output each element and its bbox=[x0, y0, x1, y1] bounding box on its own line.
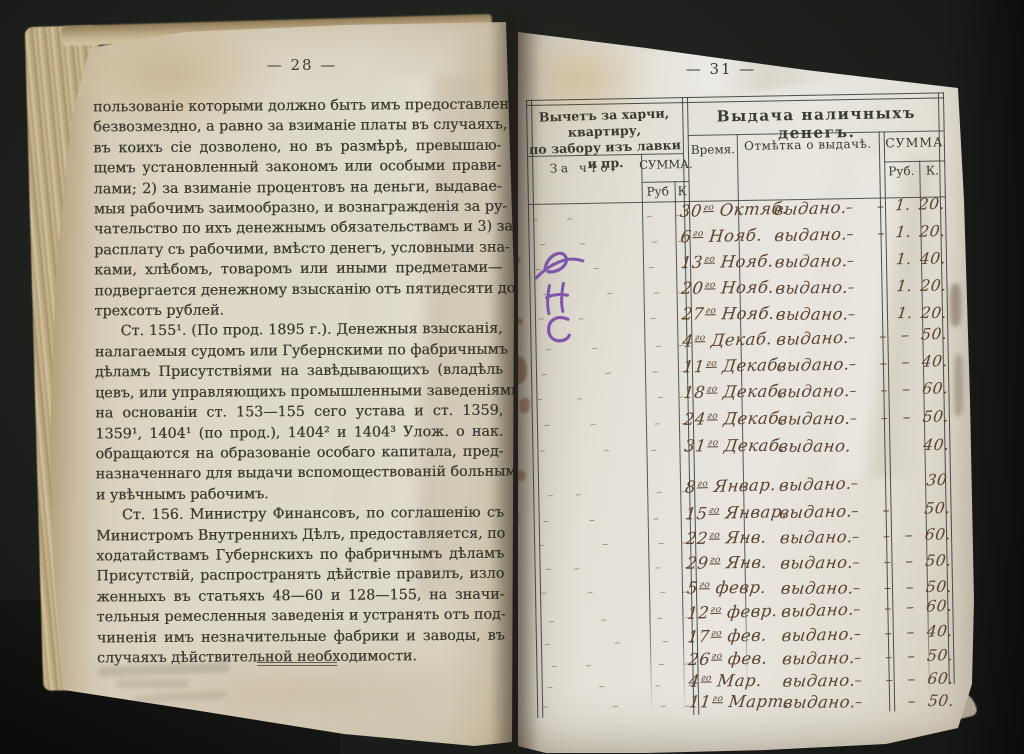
ditto-dash: – bbox=[542, 699, 549, 713]
entry-kopecks: 40. bbox=[922, 622, 958, 641]
statute-text-line: цевъ, или управляющихъ промышленными зав… bbox=[95, 380, 503, 403]
entry-date: 8го Январ. bbox=[684, 475, 777, 497]
ledger-rows: ––––30го Октяб.выдано.––1.20.––––6го Ноя… bbox=[526, 92, 955, 722]
statute-text-line: подвергается денежному взысканію отъ пят… bbox=[94, 278, 502, 301]
ditto-dash: – bbox=[606, 285, 613, 299]
entry-date: 20го Нояб. bbox=[680, 278, 775, 298]
page-number-left: — 28 — bbox=[242, 56, 362, 74]
ledger-row: ––––11го Март.выдано.––50. bbox=[537, 691, 955, 720]
ditto-dash: – bbox=[600, 612, 607, 627]
entry-note: выдано. bbox=[781, 648, 856, 668]
entry-kopecks: 20. bbox=[915, 222, 951, 241]
entry-note: выдано. bbox=[782, 692, 857, 711]
statute-text-line: ками, хлѣбомъ, товаромъ или иными предме… bbox=[94, 258, 502, 281]
ditto-dash: – bbox=[658, 656, 665, 670]
ditto-dash: – bbox=[853, 601, 862, 617]
statute-text-line: щемъ установленный закономъ или особыми … bbox=[93, 156, 501, 179]
ditto-dash: – bbox=[656, 484, 663, 499]
section-end-rule bbox=[257, 662, 337, 668]
ditto-dash: – bbox=[598, 679, 605, 693]
ditto-dash: – bbox=[845, 200, 854, 216]
entry-kopecks: 50. bbox=[923, 692, 959, 710]
ditto-dash: – bbox=[573, 561, 580, 575]
entry-date: 6го Нояб. bbox=[680, 226, 764, 247]
ditto-dash: – bbox=[849, 411, 858, 427]
entry-note: выдано. bbox=[779, 501, 854, 522]
ditto-dash: – bbox=[612, 699, 619, 713]
ledger-table: Вычетъ за харчи, квартиру, по забору изъ… bbox=[526, 92, 955, 722]
ditto-dash: – bbox=[660, 584, 667, 598]
entry-kopecks: 20. bbox=[914, 195, 950, 214]
ditto-dash: – bbox=[541, 585, 548, 599]
statute-text-line: дѣламъ Присутствіями на завѣдывающихъ (в… bbox=[95, 360, 503, 383]
ditto-dash: – bbox=[545, 561, 552, 575]
statute-text-line: чиненія имъ незначительные фабрики и зав… bbox=[97, 625, 505, 648]
entry-kopecks: 50. bbox=[916, 325, 952, 344]
entry-date: 15го Январ. bbox=[685, 502, 789, 524]
entry-note: выдано. bbox=[780, 578, 855, 597]
statute-text-line: на основаніи ст. 153—155 сего устава и с… bbox=[95, 401, 503, 424]
ink-annotation bbox=[535, 247, 587, 344]
ditto-dash: – bbox=[576, 391, 583, 405]
entry-note: выдано. bbox=[776, 328, 851, 349]
entry-note: выдано. bbox=[779, 553, 854, 573]
statute-text-line: 1359¹, 1404¹ (по прод.), 1404² и 1404³ У… bbox=[95, 421, 503, 444]
entry-date: 24го Декаб. bbox=[683, 409, 786, 429]
entry-note: выдано. bbox=[773, 198, 848, 219]
ditto-dash: – bbox=[661, 634, 668, 649]
ditto-dash: – bbox=[876, 199, 885, 215]
ledger-row: ––––20го Нояб.выдано.–1.20. bbox=[529, 276, 947, 307]
ditto-dash: – bbox=[542, 514, 549, 529]
ditto-dash: – bbox=[647, 259, 654, 273]
ditto-dash: – bbox=[587, 585, 594, 599]
entry-date: 18го Декаб. bbox=[682, 381, 785, 402]
entry-date: 4го Декаб. bbox=[682, 329, 774, 351]
entry-note: выдано. bbox=[774, 251, 849, 271]
entry-note: выдано. bbox=[782, 671, 857, 691]
ditto-dash: – bbox=[651, 234, 658, 249]
entry-note: выдано. bbox=[774, 224, 849, 245]
ditto-dash: – bbox=[654, 560, 661, 574]
entry-date: 13го Нояб. bbox=[680, 251, 775, 272]
ditto-dash: – bbox=[850, 476, 859, 492]
entry-date: 29го Янв. bbox=[685, 553, 768, 573]
entry-kopecks: 50. bbox=[921, 551, 957, 569]
ditto-dash: – bbox=[851, 503, 860, 519]
statute-text-line: и увѣчнымъ рабочимъ. bbox=[96, 482, 504, 505]
ditto-dash: – bbox=[852, 580, 861, 596]
ditto-dash: – bbox=[883, 554, 892, 570]
ditto-dash: – bbox=[883, 580, 892, 596]
statute-text-line: расплату съ рабочими, вмѣсто денегъ, усл… bbox=[94, 237, 502, 260]
entry-kopecks: 40. bbox=[917, 352, 953, 371]
ditto-dash: – bbox=[879, 355, 888, 371]
ditto-dash: – bbox=[884, 625, 893, 641]
ditto-dash: – bbox=[847, 280, 856, 296]
statute-text-line: пользованіе которыми должно быть имъ пре… bbox=[93, 95, 501, 118]
entry-kopecks: 60. bbox=[923, 669, 959, 687]
ditto-dash: – bbox=[551, 658, 558, 672]
entry-kopecks: 60. bbox=[921, 597, 957, 616]
page-number-right: — 31 — bbox=[666, 60, 776, 78]
entry-kopecks: 50. bbox=[921, 578, 957, 596]
entry-note: выдано. bbox=[781, 600, 856, 621]
entry-kopecks: 20. bbox=[916, 304, 952, 322]
ditto-dash: – bbox=[651, 364, 658, 379]
ditto-dash: – bbox=[851, 529, 860, 545]
ditto-dash: – bbox=[656, 610, 663, 625]
statute-text-line: мыя рабочимъ заимообразно, и вознагражде… bbox=[94, 197, 502, 220]
entry-note: выдано. bbox=[776, 381, 851, 401]
entry-date: 17го фев. bbox=[687, 626, 768, 647]
entry-note: выдано. bbox=[778, 474, 853, 495]
ditto-dash: – bbox=[645, 209, 652, 224]
book-gutter-shadow bbox=[490, 12, 540, 752]
ditto-dash: – bbox=[853, 650, 862, 666]
ditto-dash: – bbox=[882, 528, 891, 544]
ditto-dash: – bbox=[592, 261, 599, 275]
statute-text-line: Присутствій, распространять дѣйствіе пра… bbox=[96, 564, 504, 587]
ditto-dash: – bbox=[658, 535, 665, 549]
ditto-dash: – bbox=[846, 226, 855, 242]
ditto-dash: – bbox=[884, 601, 893, 617]
ditto-dash: – bbox=[846, 253, 855, 269]
entry-kopecks: 60. bbox=[920, 525, 956, 544]
ditto-dash: – bbox=[653, 416, 660, 430]
ditto-dash: – bbox=[877, 226, 886, 242]
book-page-right: — 31 — Вычетъ за харчи, квартиру, по заб… bbox=[506, 18, 978, 754]
ditto-dash: – bbox=[847, 306, 856, 322]
entry-kopecks: 50. bbox=[922, 646, 958, 665]
ditto-dash: – bbox=[880, 410, 889, 426]
ditto-dash: – bbox=[602, 536, 609, 550]
ditto-dash: – bbox=[854, 694, 863, 710]
entry-kopecks: 60. bbox=[917, 379, 953, 398]
entry-note: выдано. bbox=[777, 436, 852, 455]
ditto-dash: – bbox=[585, 658, 592, 672]
ditto-dash: – bbox=[884, 649, 893, 665]
ditto-dash: – bbox=[649, 310, 656, 324]
statute-text-line: Ст. 156. Министру Финансовъ, по соглашен… bbox=[96, 503, 504, 526]
entry-date: 22го Янв. bbox=[685, 528, 768, 549]
entry-kopecks: 40. bbox=[915, 249, 951, 268]
ditto-dash: – bbox=[575, 487, 582, 502]
ink-smudge bbox=[116, 679, 188, 688]
ditto-dash: – bbox=[546, 679, 553, 693]
ditto-dash: – bbox=[543, 637, 550, 652]
ditto-dash: – bbox=[591, 340, 598, 355]
entry-note: выдано. bbox=[774, 278, 849, 298]
ditto-dash: – bbox=[588, 513, 595, 528]
entry-kopecks: 30 bbox=[919, 471, 955, 490]
statute-text-line: лами; 2) за взиманіе процентовъ на деньг… bbox=[94, 176, 502, 199]
entry-note: выдано. bbox=[781, 624, 856, 645]
book-page-left: — 28 — пользованіе которыми должно быть … bbox=[40, 16, 522, 754]
ditto-dash: – bbox=[613, 635, 620, 650]
ditto-dash: – bbox=[650, 442, 657, 456]
statute-text-line: обращаются на образованіе особаго капита… bbox=[95, 441, 503, 464]
statute-text-line: Министромъ Внутреннихъ Дѣлъ, предоставля… bbox=[96, 523, 504, 546]
entry-date: 5го февр. bbox=[686, 578, 768, 597]
entry-note: выдано. bbox=[775, 304, 850, 323]
ditto-dash: – bbox=[852, 555, 861, 571]
entry-note: выдано. bbox=[776, 354, 851, 375]
ledger-row: ––––31го Декаб.выдано.40. bbox=[532, 435, 950, 464]
ditto-dash: – bbox=[545, 342, 552, 357]
entry-kopecks: 50. bbox=[920, 499, 956, 518]
ditto-dash: – bbox=[879, 329, 888, 345]
ditto-dash: – bbox=[652, 511, 659, 526]
ditto-dash: – bbox=[854, 673, 863, 689]
entry-date: 4го Мар. bbox=[688, 671, 763, 691]
statute-text-line: ходатайствамъ Губернскихъ по фабричнымъ … bbox=[96, 544, 504, 567]
entry-kopecks: 50. bbox=[918, 408, 954, 426]
ditto-dash: – bbox=[604, 365, 611, 380]
statute-text-line: безвозмездно, а равно за взиманіе платы … bbox=[93, 115, 501, 138]
ditto-dash: – bbox=[603, 443, 610, 457]
statute-text-line: тельныя ремесленныя заведенія и устранят… bbox=[97, 605, 505, 628]
entry-date: 11го Декаб. bbox=[682, 355, 785, 377]
ditto-dash: – bbox=[543, 417, 550, 431]
ditto-dash: – bbox=[540, 367, 547, 382]
ditto-dash: – bbox=[848, 330, 857, 346]
statute-text-line: трехсотъ рублей. bbox=[94, 299, 502, 322]
statute-text-line: чательство по ихъ денежнымъ обязательств… bbox=[94, 217, 502, 240]
ditto-dash: – bbox=[566, 211, 573, 226]
ledger-row: ––––24го Декаб.выдано.–––50. bbox=[532, 407, 950, 438]
ditto-dash: – bbox=[848, 356, 857, 372]
ditto-dash: – bbox=[880, 382, 889, 398]
ditto-dash: – bbox=[849, 383, 858, 399]
ditto-dash: – bbox=[660, 698, 667, 712]
statute-text-line: Ст. 155¹. (По прод. 1895 г.). Денежныя в… bbox=[95, 319, 503, 342]
statute-text-line: налагаемыя судомъ или Губернскими по фаб… bbox=[95, 339, 503, 362]
statute-text-block: пользованіе которыми должно быть имъ пре… bbox=[93, 95, 505, 669]
ditto-dash: – bbox=[653, 285, 660, 299]
entry-date: 12го февр. bbox=[687, 601, 779, 623]
ditto-dash: – bbox=[657, 389, 664, 403]
ditto-dash: – bbox=[885, 672, 894, 688]
entry-kopecks: 40. bbox=[918, 436, 954, 454]
ditto-dash: – bbox=[547, 488, 554, 503]
entry-date: 26го фев. bbox=[687, 649, 768, 669]
statute-text-line: женныхъ въ статьяхъ 48—60 и 128—155, на … bbox=[96, 584, 504, 607]
entry-date: 31го Декаб. bbox=[683, 436, 786, 456]
ditto-dash: – bbox=[654, 678, 661, 692]
ditto-dash: – bbox=[589, 417, 596, 431]
statute-text-line: назначеннаго для выдачи вспомоществовані… bbox=[96, 462, 504, 485]
ditto-dash: – bbox=[853, 626, 862, 642]
statute-text-line: въ коихъ сіе дозволено, но въ размѣрѣ, п… bbox=[93, 135, 501, 158]
ditto-dash: – bbox=[548, 614, 555, 629]
entry-note: выдано. bbox=[779, 527, 854, 547]
ditto-dash: – bbox=[655, 338, 662, 353]
entry-date: 27го Нояб. bbox=[681, 304, 776, 324]
entry-note: выдано. bbox=[777, 409, 852, 429]
entry-kopecks: 20. bbox=[915, 277, 951, 295]
ditto-dash: – bbox=[882, 502, 891, 518]
photo-scene: — 28 — пользованіе которыми должно быть … bbox=[0, 0, 1024, 754]
entry-date: 11го Март. bbox=[688, 692, 791, 712]
